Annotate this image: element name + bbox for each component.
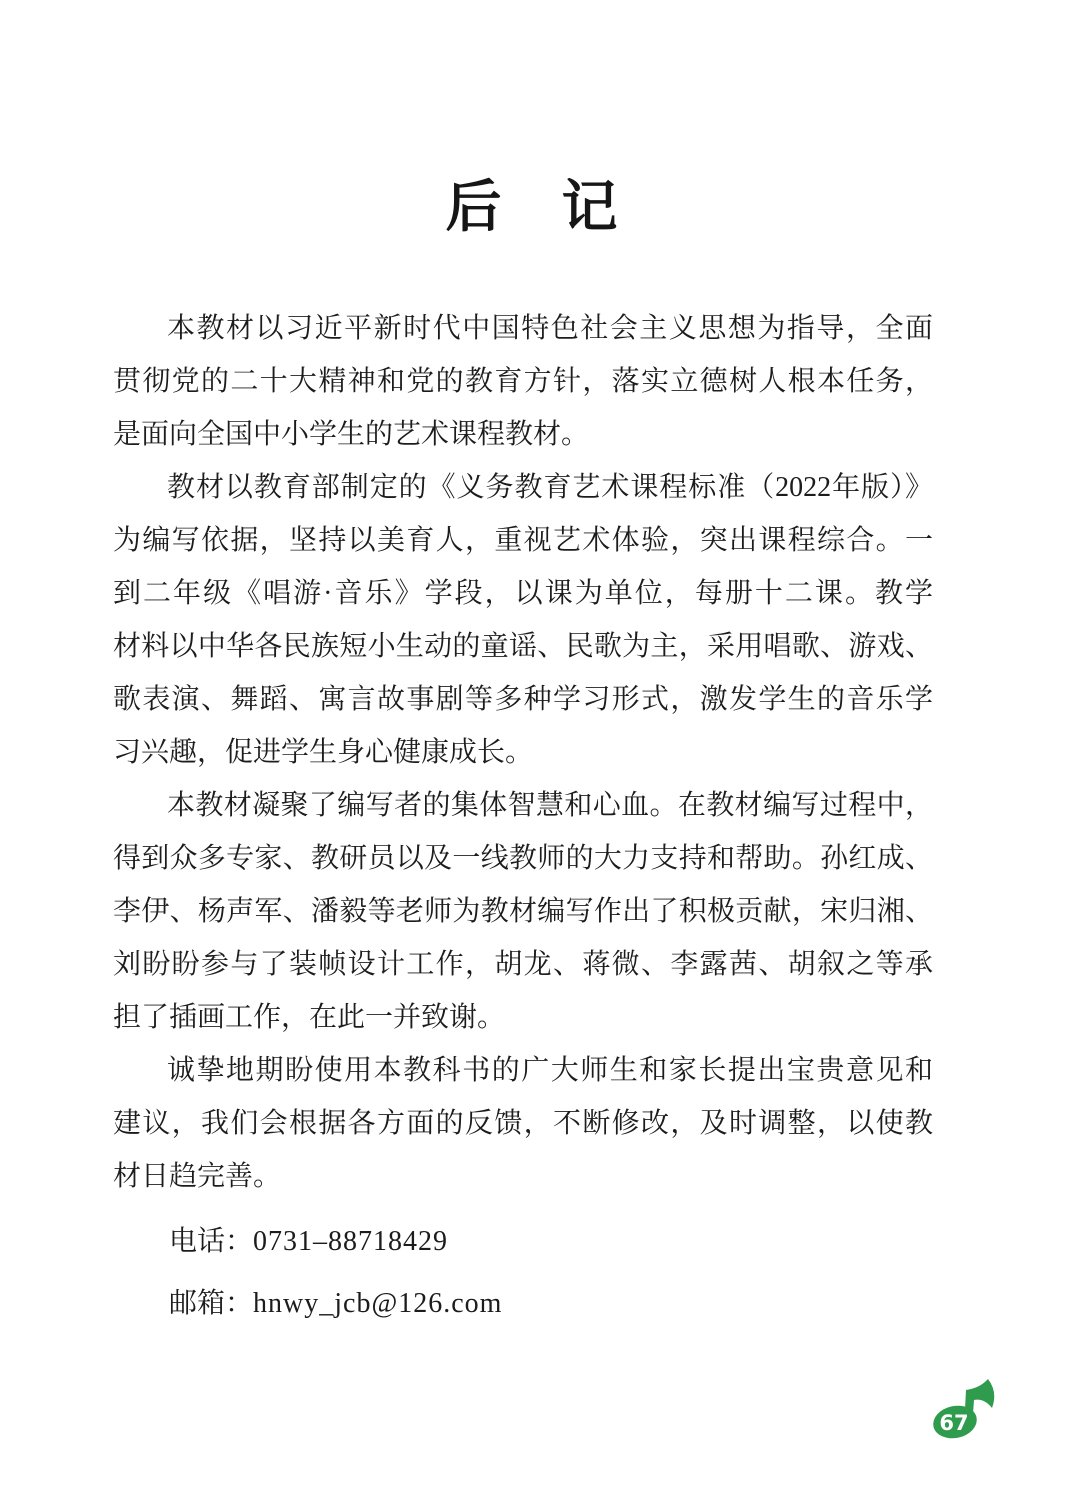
email-line: 邮箱：hnwy_jcb@126.com (113, 1277, 933, 1330)
paragraph-2: 教材以教育部制定的《义务教育艺术课程标准（2022年版）》 为编写依据，坚持以美… (113, 461, 933, 779)
email-label: 邮箱： (169, 1288, 253, 1319)
music-note-icon: 67 (930, 1378, 1004, 1452)
text-line: 刘盼盼参与了装帧设计工作，胡龙、蒋微、李露茜、胡叙之等承 (113, 938, 933, 991)
text-line: 本教材凝聚了编写者的集体智慧和心血。在教材编写过程中， (113, 779, 933, 832)
page-number: 67 (939, 1411, 968, 1435)
text-line: 贯彻党的二十大精神和党的教育方针，落实立德树人根本任务， (113, 355, 933, 408)
text-line: 本教材以习近平新时代中国特色社会主义思想为指导，全面 (113, 302, 933, 355)
text-line: 是面向全国中小学生的艺术课程教材。 (113, 408, 933, 461)
text-line: 歌表演、舞蹈、寓言故事剧等多种学习形式，激发学生的音乐学 (113, 673, 933, 726)
text-line: 习兴趣，促进学生身心健康成长。 (113, 726, 933, 779)
text-line: 材料以中华各民族短小生动的童谣、民歌为主，采用唱歌、游戏、 (113, 620, 933, 673)
text-line: 到二年级《唱游·音乐》学段，以课为单位，每册十二课。教学 (113, 567, 933, 620)
text-line: 得到众多专家、教研员以及一线教师的大力支持和帮助。孙红成、 (113, 832, 933, 885)
phone-label: 电话： (169, 1226, 253, 1257)
text-line: 为编写依据，坚持以美育人，重视艺术体验，突出课程综合。一 (113, 514, 933, 567)
paragraph-3: 本教材凝聚了编写者的集体智慧和心血。在教材编写过程中， 得到众多专家、教研员以及… (113, 779, 933, 1044)
text-line: 担了插画工作，在此一并致谢。 (113, 991, 933, 1044)
text-line: 建议，我们会根据各方面的反馈，不断修改，及时调整，以使教 (113, 1097, 933, 1150)
paragraph-4: 诚挚地期盼使用本教科书的广大师生和家长提出宝贵意见和 建议，我们会根据各方面的反… (113, 1044, 933, 1203)
paragraph-1: 本教材以习近平新时代中国特色社会主义思想为指导，全面 贯彻党的二十大精神和党的教… (113, 302, 933, 461)
text-line: 李伊、杨声军、潘毅等老师为教材编写作出了积极贡献，宋归湘、 (113, 885, 933, 938)
page-number-badge: 67 (930, 1378, 1004, 1452)
page-title: 后 记 (0, 168, 1065, 248)
afterword-page: 后 记 本教材以习近平新时代中国特色社会主义思想为指导，全面 贯彻党的二十大精神… (0, 0, 1065, 1508)
text-line: 诚挚地期盼使用本教科书的广大师生和家长提出宝贵意见和 (113, 1044, 933, 1097)
text-line: 材日趋完善。 (113, 1150, 933, 1203)
phone-number: 0731–88718429 (253, 1226, 448, 1257)
phone-line: 电话：0731–88718429 (113, 1215, 933, 1268)
email-address: hnwy_jcb@126.com (253, 1288, 502, 1319)
text-line: 教材以教育部制定的《义务教育艺术课程标准（2022年版）》 (113, 461, 933, 514)
body-text: 本教材以习近平新时代中国特色社会主义思想为指导，全面 贯彻党的二十大精神和党的教… (113, 302, 933, 1330)
